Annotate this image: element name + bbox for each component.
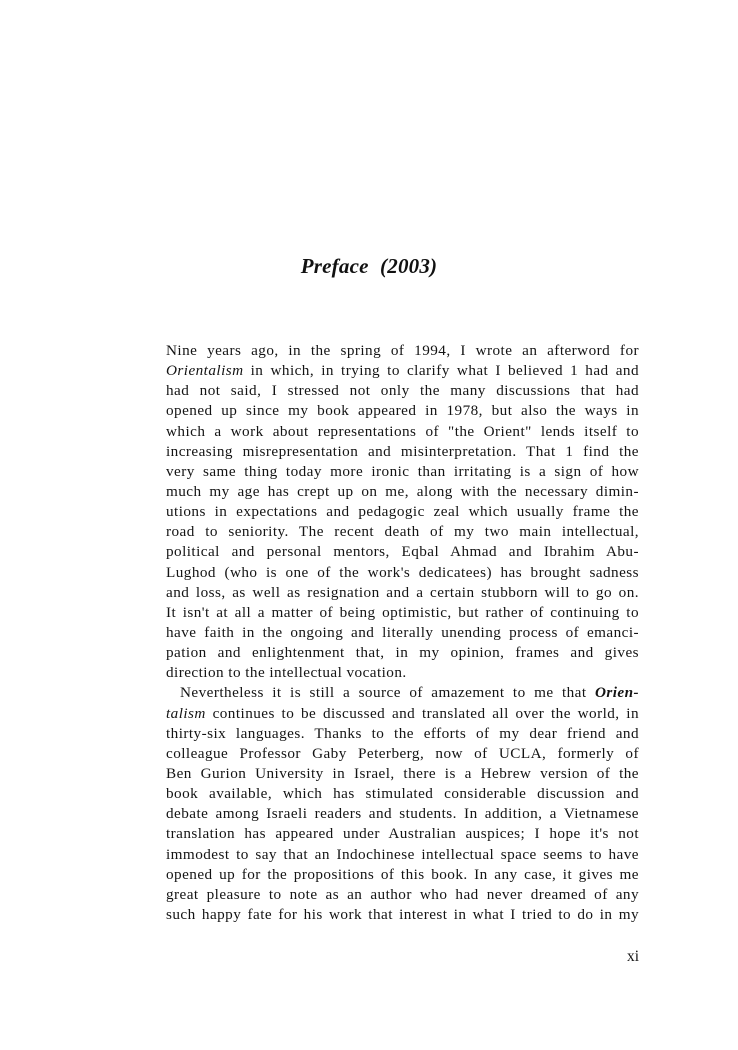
text-line: great pleasure to note as an author who … <box>166 885 639 905</box>
text-segment: Nevertheless it is still a source of ama… <box>180 684 595 701</box>
text-line: and loss, as well as resignation and a c… <box>166 583 639 603</box>
text-line: thirty-six languages. Thanks to the effo… <box>166 724 639 744</box>
text-line: immodest to say that an Indochinese inte… <box>166 845 639 865</box>
text-segment: such happy fate for his work that intere… <box>166 906 639 923</box>
text-segment: Ben Gurion University in Israel, there i… <box>166 765 639 782</box>
text-line: political and personal mentors, Eqbal Ah… <box>166 542 639 562</box>
text-line: increasing misrepresentation and misinte… <box>166 442 639 462</box>
text-segment: road to seniority. The recent death of m… <box>166 523 639 540</box>
emphasized-text: Orien- <box>595 684 639 701</box>
text-line: road to seniority. The recent death of m… <box>166 522 639 542</box>
text-segment: It isn't at all a matter of being optimi… <box>166 604 639 621</box>
text-segment: utions in expectations and pedagogic zea… <box>166 503 639 520</box>
paragraph: Nine years ago, in the spring of 1994, I… <box>166 341 639 683</box>
text-line: opened up for the propositions of this b… <box>166 865 639 885</box>
text-line: colleague Professor Gaby Peterberg, now … <box>166 744 639 764</box>
text-segment: Nine years ago, in the spring of 1994, I… <box>166 342 639 359</box>
page-title: Preface (2003) <box>0 254 738 279</box>
text-line: talism continues to be discussed and tra… <box>166 704 639 724</box>
preface-body: Nine years ago, in the spring of 1994, I… <box>166 341 639 925</box>
text-segment: debate among Israeli readers and student… <box>166 805 639 822</box>
text-line: opened up since my book appeared in 1978… <box>166 401 639 421</box>
text-segment: which a work about representations of "t… <box>166 423 639 440</box>
text-line: pation and enlightenment that, in my opi… <box>166 643 639 663</box>
paragraph: Nevertheless it is still a source of ama… <box>166 683 639 925</box>
text-line: Nevertheless it is still a source of ama… <box>166 683 639 703</box>
text-segment: colleague Professor Gaby Peterberg, now … <box>166 745 639 762</box>
text-segment: immodest to say that an Indochinese inte… <box>166 846 639 863</box>
emphasized-text: talism <box>166 705 206 722</box>
text-line: which a work about representations of "t… <box>166 422 639 442</box>
text-line: debate among Israeli readers and student… <box>166 804 639 824</box>
text-segment: have faith in the ongoing and literally … <box>166 624 639 641</box>
emphasized-text: Orientalism <box>166 362 244 379</box>
text-segment: direction to the intellectual vocation. <box>166 664 407 681</box>
text-line: Ben Gurion University in Israel, there i… <box>166 764 639 784</box>
text-segment: increasing misrepresentation and misinte… <box>166 443 639 460</box>
text-line: had not said, I stressed not only the ma… <box>166 381 639 401</box>
text-segment: opened up since my book appeared in 1978… <box>166 402 639 419</box>
text-segment: pation and enlightenment that, in my opi… <box>166 644 639 661</box>
text-segment: continues to be discussed and translated… <box>206 705 639 722</box>
text-segment: much my age has crept up on me, along wi… <box>166 483 639 500</box>
text-segment: translation has appeared under Australia… <box>166 825 639 842</box>
book-page: Preface (2003) Nine years ago, in the sp… <box>0 0 738 1050</box>
text-segment: Lughod (who is one of the work's dedicat… <box>166 564 639 581</box>
text-line: direction to the intellectual vocation. <box>166 663 639 683</box>
text-line: Nine years ago, in the spring of 1994, I… <box>166 341 639 361</box>
page-number: xi <box>600 948 639 966</box>
text-line: utions in expectations and pedagogic zea… <box>166 502 639 522</box>
text-line: such happy fate for his work that intere… <box>166 905 639 925</box>
text-segment: thirty-six languages. Thanks to the effo… <box>166 725 639 742</box>
text-segment: book available, which has stimulated con… <box>166 785 639 802</box>
text-line: Orientalism in which, in trying to clari… <box>166 361 639 381</box>
text-segment: great pleasure to note as an author who … <box>166 886 639 903</box>
text-line: much my age has crept up on me, along wi… <box>166 482 639 502</box>
text-line: have faith in the ongoing and literally … <box>166 623 639 643</box>
text-segment: had not said, I stressed not only the ma… <box>166 382 639 399</box>
text-segment: and loss, as well as resignation and a c… <box>166 584 639 601</box>
text-line: book available, which has stimulated con… <box>166 784 639 804</box>
text-segment: in which, in trying to clarify what I be… <box>244 362 639 379</box>
text-segment: opened up for the propositions of this b… <box>166 866 639 883</box>
text-line: Lughod (who is one of the work's dedicat… <box>166 563 639 583</box>
text-line: translation has appeared under Australia… <box>166 824 639 844</box>
text-line: It isn't at all a matter of being optimi… <box>166 603 639 623</box>
text-segment: very same thing today more ironic than i… <box>166 463 639 480</box>
text-segment: political and personal mentors, Eqbal Ah… <box>166 543 639 560</box>
text-line: very same thing today more ironic than i… <box>166 462 639 482</box>
